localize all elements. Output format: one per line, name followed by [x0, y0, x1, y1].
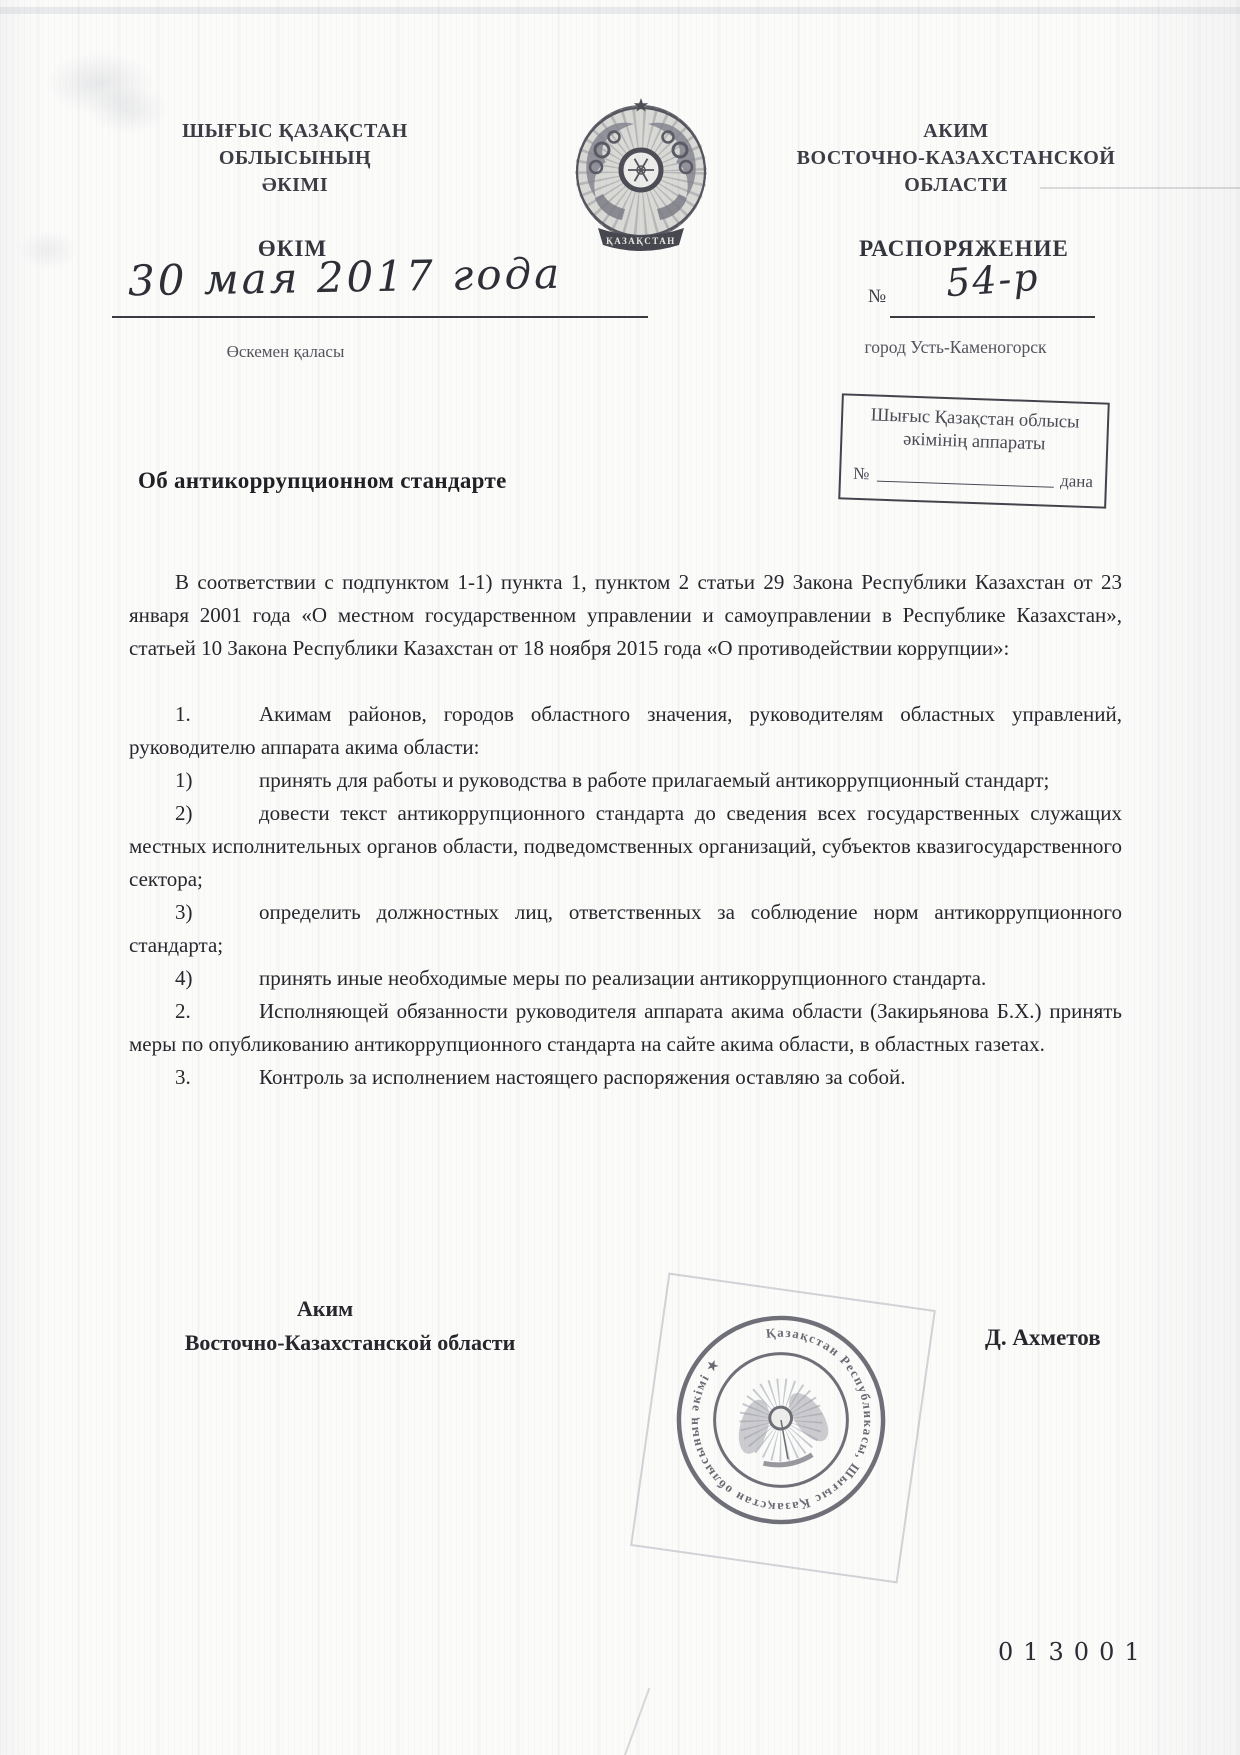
stamp-number-row: № дана [853, 464, 1094, 492]
handwritten-date: 30 мая 2017 года [128, 248, 629, 306]
city-kazakh: Өскемен қаласы [168, 342, 403, 362]
letterhead-kazakh: ШЫҒЫС ҚАЗАҚСТАН ОБЛЫСЫНЫҢ ӘКІМІ [120, 118, 470, 199]
paragraph-marker: 2. [175, 995, 259, 1028]
org-name-line: ВОСТОЧНО-КАЗАХСТАНСКОЙ [780, 145, 1132, 172]
scan-noise-blob [45, 52, 155, 114]
scan-band-artifact [0, 7, 1240, 14]
org-name-line: ОБЛЫСЫНЫҢ [120, 145, 470, 172]
emblem-banner-text: ҚАЗАҚСТАН [606, 236, 676, 246]
document-title: Об антикоррупционном стандарте [138, 468, 507, 494]
scan-noise-blob [18, 230, 78, 270]
signatory-position-line2: Восточно-Казахстанской области [130, 1330, 570, 1356]
body-paragraph: 1.Акимам районов, городов областного зна… [129, 698, 1122, 764]
body-paragraph: 2)довести текст антикоррупционного станд… [129, 797, 1122, 896]
city-russian: город Усть-Каменогорск [798, 337, 1113, 358]
paper-crease-artifact [624, 1688, 651, 1755]
body-paragraph: 1)принять для работы и руководства в раб… [129, 764, 1122, 797]
stamp-number-label: № [853, 464, 870, 485]
scanned-document-page: ШЫҒЫС ҚАЗАҚСТАН ОБЛЫСЫНЫҢ ӘКІМІ ӨКІМ 30 … [0, 0, 1240, 1755]
paragraph-marker: 1) [175, 764, 259, 797]
paragraph-marker: 3. [175, 1061, 259, 1094]
kazakhstan-coat-of-arms-icon: ҚАЗАҚСТАН [566, 96, 716, 260]
paragraph-marker: 3) [175, 896, 259, 929]
signatory-name: Д. Ахметов [985, 1325, 1101, 1351]
stamp-number-blank [877, 467, 1054, 488]
signatory-position-line1: Аким [130, 1296, 520, 1322]
form-number: 013001 [998, 1638, 1150, 1666]
org-name-line: ӘКІМІ [120, 172, 470, 199]
number-underline [890, 316, 1095, 318]
paragraph-marker: 4) [175, 962, 259, 995]
body-paragraph: 2.Исполняющей обязанности руководителя а… [129, 995, 1122, 1061]
document-number-label: № [868, 286, 886, 308]
doc-type-russian: РАСПОРЯЖЕНИЕ [803, 236, 1125, 262]
org-name-line: ШЫҒЫС ҚАЗАҚСТАН [120, 118, 470, 145]
body-text: В соответствии с подпунктом 1-1) пункта … [129, 566, 1122, 1094]
org-name-line: ОБЛАСТИ [780, 172, 1132, 199]
date-underline [112, 316, 648, 318]
handwritten-document-number: 54-р [945, 255, 1041, 305]
body-paragraph: 4)принять иные необходимые меры по реали… [129, 962, 1122, 995]
registration-stamp-box: Шығыс Қазақстан облысы әкімінің аппараты… [838, 393, 1110, 508]
paragraph-marker: 1. [175, 698, 259, 731]
body-paragraph: 3)определить должностных лиц, ответствен… [129, 896, 1122, 962]
letterhead-russian: АКИМ ВОСТОЧНО-КАЗАХСТАНСКОЙ ОБЛАСТИ [780, 118, 1132, 199]
stamp-copies-label: дана [1060, 471, 1094, 492]
paragraph-marker: 2) [175, 797, 259, 830]
official-round-seal: Қазақстан Республикасы, Шығыс Қазақстан … [672, 1311, 890, 1529]
body-paragraph: 3.Контроль за исполнением настоящего рас… [129, 1061, 1122, 1094]
body-paragraph: В соответствии с подпунктом 1-1) пункта … [129, 566, 1122, 665]
org-name-line: АКИМ [780, 118, 1132, 145]
